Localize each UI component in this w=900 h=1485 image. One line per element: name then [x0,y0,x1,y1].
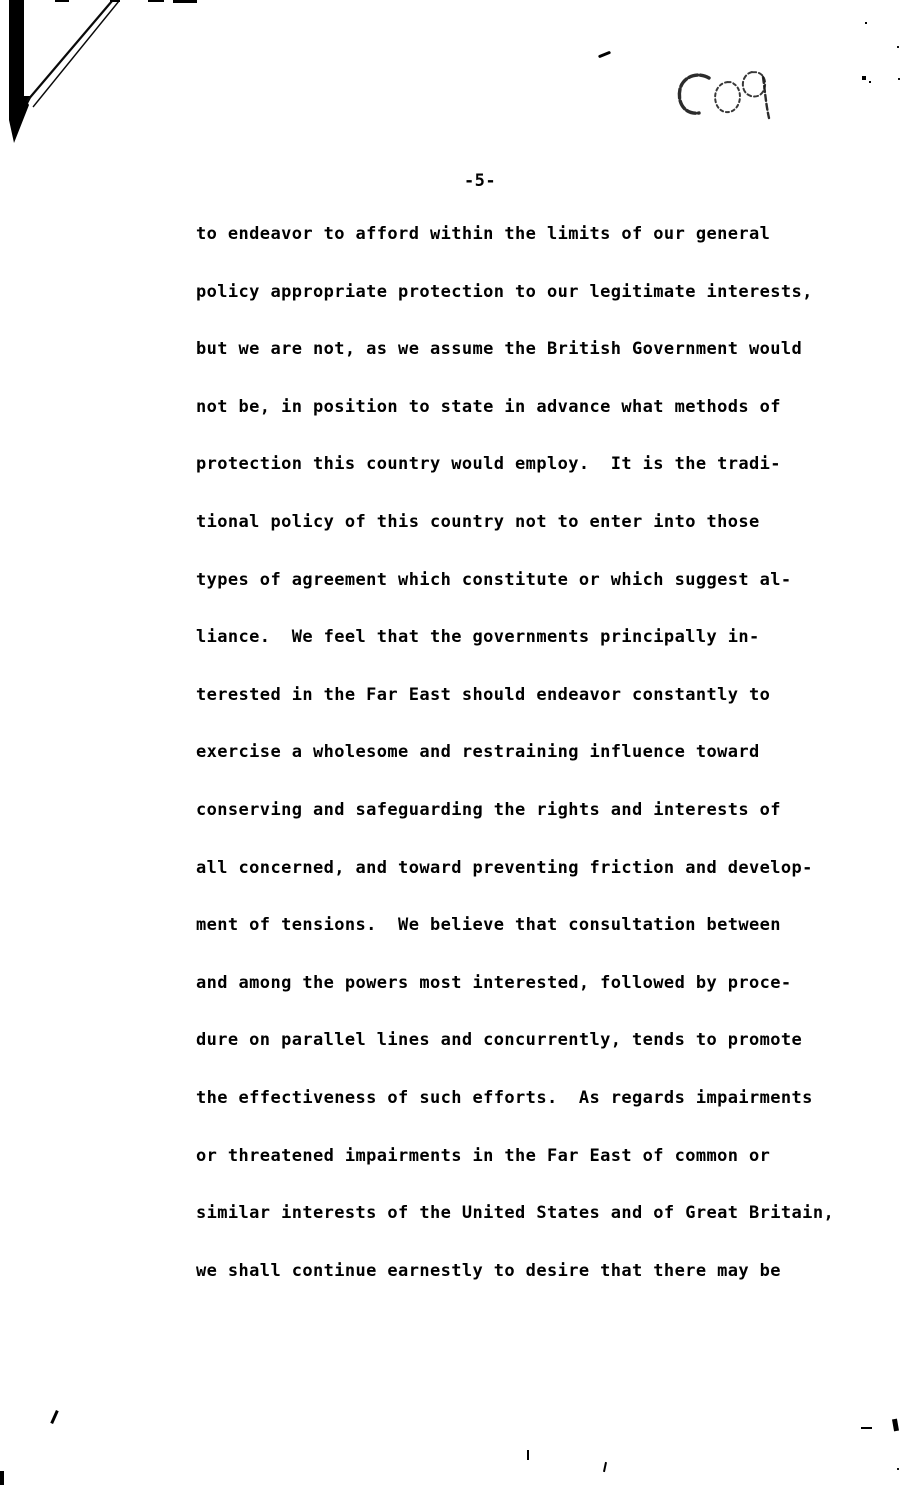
scan-noise-dash [861,1427,872,1429]
document-body: to endeavor to afford within the limits … [196,206,834,1300]
document-text-line: tional policy of this country not to ent… [196,494,834,552]
scan-noise-tick [603,1462,607,1472]
document-text-line: not be, in position to state in advance … [196,379,834,437]
document-text-line: ment of tensions. We believe that consul… [196,897,834,955]
document-text-line: similar interests of the United States a… [196,1185,834,1243]
page-edge-mark [0,1471,4,1485]
scan-noise-dash [150,0,164,2]
document-text-line: exercise a wholesome and restraining inf… [196,724,834,782]
document-text-line: types of agreement which constitute or w… [196,552,834,610]
document-text-line: policy appropriate protection to our leg… [196,264,834,322]
scan-noise-tick [598,51,611,59]
document-text-line: or threatened impairments in the Far Eas… [196,1128,834,1186]
document-text-line: and among the powers most interested, fo… [196,955,834,1013]
scan-noise-blob [892,1419,899,1432]
document-text-line: all concerned, and toward preventing fri… [196,840,834,898]
scan-noise-tick [527,1450,529,1460]
document-text-line: the effectiveness of such efforts. As re… [196,1070,834,1128]
document-text-line: we shall continue earnestly to desire th… [196,1243,834,1301]
document-text-line: but we are not, as we assume the British… [196,321,834,379]
document-text-line: dure on parallel lines and concurrently,… [196,1012,834,1070]
scan-noise-dots [0,0,2,2]
document-text-line: to endeavor to afford within the limits … [196,206,834,264]
document-text-line: liance. We feel that the governments pri… [196,609,834,667]
scan-noise-stroke [50,1410,58,1424]
document-text-line: terested in the Far East should endeavor… [196,667,834,725]
document-text-line: conserving and safeguarding the rights a… [196,782,834,840]
scan-noise-dash [173,0,197,3]
page-number: -5- [430,171,530,191]
document-text-line: protection this country would employ. It… [196,436,834,494]
scanned-document-page: -5- to endeavor to afford within the lim… [0,0,900,1485]
handwritten-c09-mark [665,55,795,135]
page-corner-fold-mark [0,0,150,160]
